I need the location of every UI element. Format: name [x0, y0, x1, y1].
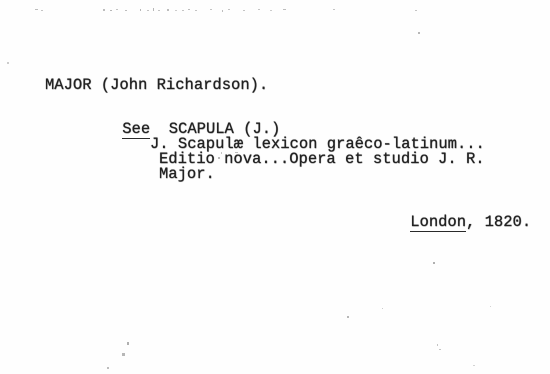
scan-speck [127, 342, 129, 345]
scan-speck [175, 10, 177, 11]
scan-speck [107, 367, 109, 369]
scan-speck [125, 10, 127, 11]
scan-speck [103, 9, 105, 11]
imprint-year: , 1820. [466, 213, 531, 231]
scan-speck [228, 9, 230, 10]
see-label: See [122, 120, 150, 140]
scan-speck [437, 344, 438, 346]
scan-speck [439, 349, 441, 350]
scan-speck [347, 316, 349, 318]
scan-speck [382, 308, 383, 309]
scan-speck [35, 9, 38, 10]
catalog-card: MAJOR (John Richardson). See SCAPULA (J.… [0, 0, 550, 374]
scan-speck [7, 62, 9, 64]
scan-speck [195, 10, 197, 11]
scan-speck [167, 9, 169, 11]
scan-speck [258, 9, 260, 10]
note-line-author: Major. [159, 167, 215, 183]
scan-speck [490, 306, 491, 307]
scan-speck [418, 32, 420, 34]
scan-speck [415, 10, 417, 11]
scan-speck [433, 262, 435, 264]
scan-speck [222, 10, 223, 12]
scan-speck [270, 10, 272, 11]
scan-speck [140, 9, 141, 11]
scan-speck [210, 9, 212, 10]
scan-speck [243, 10, 245, 11]
scan-speck [182, 10, 184, 11]
scan-speck [333, 9, 335, 10]
scan-speck [147, 10, 149, 11]
scan-speck [110, 10, 112, 11]
imprint-place: London [410, 213, 466, 233]
scan-speck [116, 9, 118, 10]
imprint-line: London, 1820. [373, 199, 531, 246]
scan-speck [188, 9, 190, 10]
scan-speck [158, 10, 160, 11]
scan-speck [41, 10, 43, 11]
scan-speck [153, 8, 154, 11]
heading-author: MAJOR (John Richardson). [45, 78, 268, 94]
scan-speck [283, 9, 286, 10]
scan-speck [473, 365, 475, 366]
scan-speck [122, 353, 125, 356]
